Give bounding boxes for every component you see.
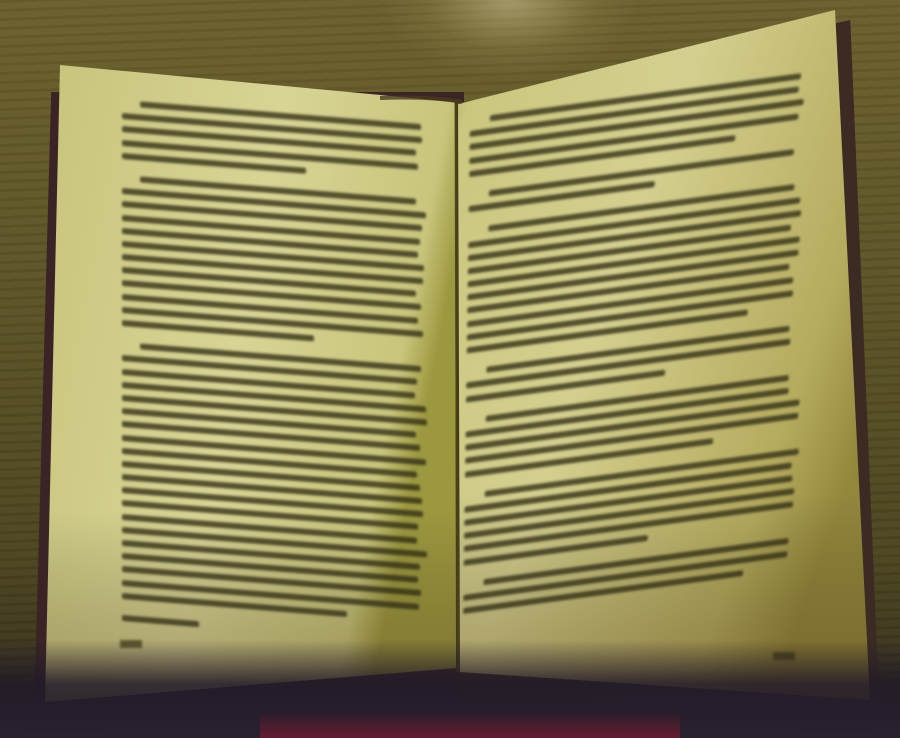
photo-scene bbox=[0, 0, 900, 738]
spine-gutter bbox=[456, 100, 458, 672]
red-cloth-edge bbox=[260, 712, 680, 738]
left-page-text bbox=[122, 100, 427, 653]
right-page-text bbox=[463, 73, 805, 622]
